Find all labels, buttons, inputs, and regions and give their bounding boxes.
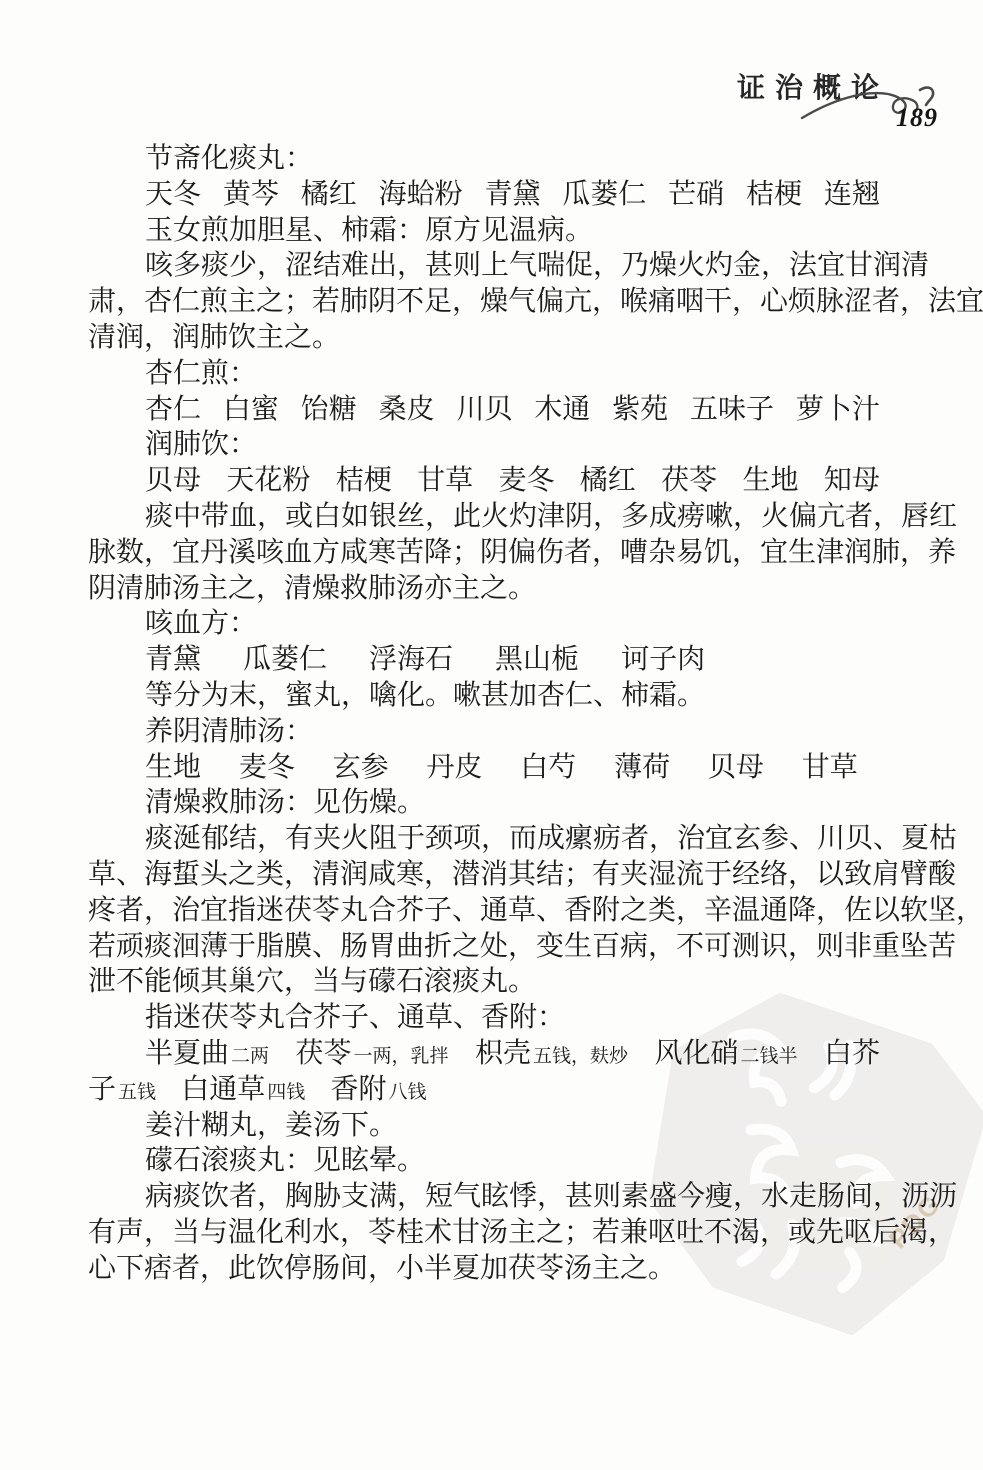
- dose-annotation: 一两，乳拌: [354, 1046, 449, 1067]
- drug-name: 橘红: [580, 463, 636, 499]
- text-line: 疼者，治宜指迷茯苓丸合芥子、通草、香附之类，辛温通降，佐以软坚，: [88, 893, 880, 929]
- formula-line: 贝母天花粉桔梗甘草麦冬橘红茯苓生地知母: [88, 463, 880, 499]
- drug-name: 贝母: [708, 750, 764, 786]
- drug-name: 玄参: [333, 750, 389, 786]
- text-line: 咳多痰少，涩结难出，甚则上气喘促，乃燥火灼金，法宜甘润清: [88, 248, 880, 284]
- text-line: 养阴清肺汤：: [88, 714, 880, 750]
- drug-name: 桔梗: [336, 463, 392, 499]
- drug-name: 丹皮: [426, 750, 482, 786]
- drug-name: 知母: [824, 463, 880, 499]
- drug-with-dose: 白通草四钱: [181, 1072, 305, 1111]
- drug-name: 半夏曲: [145, 1038, 229, 1069]
- text-line: 等分为末，蜜丸，噙化。嗽甚加杏仁、柿霜。: [88, 678, 880, 714]
- drug-name: 麦冬: [498, 463, 554, 499]
- drug-name: 薄荷: [614, 750, 670, 786]
- drug-name: 橘红: [301, 177, 357, 213]
- text-line: 姜汁糊丸，姜汤下。: [88, 1108, 880, 1144]
- text-line: 泄不能倾其巢穴，当与礞石滚痰丸。: [88, 964, 880, 1000]
- book-page: 证治概论 189 PDG 节斋化痰丸：天冬黄芩橘红海蛤粉青黛瓜蒌仁芒硝桔梗连翘玉…: [0, 0, 983, 1470]
- formula-line: 半夏曲二两茯苓一两，乳拌枳壳五钱，麸炒风化硝二钱半白芥: [88, 1036, 880, 1072]
- drug-name: 瓜蒌仁: [562, 177, 646, 213]
- drug-name: 枳壳: [475, 1038, 531, 1069]
- drug-name: 茯苓: [295, 1038, 351, 1069]
- drug-name: 生地: [145, 750, 201, 786]
- drug-name: 甘草: [802, 750, 858, 786]
- text-line: 玉女煎加胆星、柿霜：原方见温病。: [88, 213, 880, 249]
- text-line: 病痰饮者，胸胁支满，短气眩悸，甚则素盛今瘦，水走肠间，沥沥: [88, 1179, 880, 1215]
- drug-name: 萝卜汁: [796, 392, 880, 428]
- text-line: 心下痞者，此饮停肠间，小半夏加茯苓汤主之。: [88, 1251, 880, 1287]
- drug-name: 诃子肉: [621, 642, 705, 678]
- text-line: 阴清肺汤主之，清燥救肺汤亦主之。: [88, 571, 880, 607]
- text-line: 若顽痰洄薄于脂膜、肠胃曲折之处，变生百病，不可测识，则非重坠苦: [88, 929, 880, 965]
- drug-name: 连翘: [824, 177, 880, 213]
- drug-name: 饴糖: [301, 392, 357, 428]
- dose-annotation: 二两: [231, 1046, 269, 1067]
- drug-name: 白通草: [181, 1074, 265, 1105]
- drug-name: 杏仁: [145, 392, 201, 428]
- drug-name: 白芥: [824, 1038, 880, 1069]
- drug-with-dose: 子五钱: [88, 1072, 156, 1111]
- drug-name: 川贝: [456, 392, 512, 428]
- text-line: 有声，当与温化利水，苓桂术甘汤主之；若兼呕吐不渴，或先呕后渴，: [88, 1215, 880, 1251]
- drug-name: 生地: [743, 463, 799, 499]
- dose-annotation: 五钱，麸炒: [533, 1046, 628, 1067]
- text-line: 清润，润肺饮主之。: [88, 320, 880, 356]
- text-line: 肃，杏仁煎主之；若肺阴不足，燥气偏亢，喉痛咽干，心烦脉涩者，法宜: [88, 284, 880, 320]
- text-line: 节斋化痰丸：: [88, 141, 880, 177]
- text-line: 草、海蜇头之类，清润咸寒，潜消其结；有夹湿流于经络，以致肩臂酸: [88, 857, 880, 893]
- drug-name: 五味子: [690, 392, 774, 428]
- text-line: 礞石滚痰丸：见眩晕。: [88, 1143, 880, 1179]
- drug-with-dose: 茯苓一两，乳拌: [295, 1036, 448, 1075]
- drug-name: 白芍: [520, 750, 576, 786]
- drug-name: 甘草: [417, 463, 473, 499]
- text-line: 杏仁煎：: [88, 356, 880, 392]
- page-number: 189: [896, 103, 938, 133]
- text-line: 咳血方：: [88, 606, 880, 642]
- text-line: 指迷茯苓丸合芥子、通草、香附：: [88, 1000, 880, 1036]
- drug-name: 子: [88, 1074, 116, 1105]
- text-line: 痰涎郁结，有夹火阻于颈项，而成瘰疬者，治宜玄参、川贝、夏枯: [88, 821, 880, 857]
- drug-name: 贝母: [145, 463, 201, 499]
- dose-annotation: 四钱: [267, 1082, 305, 1103]
- drug-with-dose: 风化硝二钱半: [654, 1036, 797, 1075]
- drug-name: 桔梗: [746, 177, 802, 213]
- drug-name: 香附: [330, 1074, 386, 1105]
- formula-line: 天冬黄芩橘红海蛤粉青黛瓜蒌仁芒硝桔梗连翘: [88, 177, 880, 213]
- drug-with-dose: 枳壳五钱，麸炒: [475, 1036, 628, 1075]
- drug-name: 瓜蒌仁: [243, 642, 327, 678]
- drug-name: 麦冬: [239, 750, 295, 786]
- formula-line: 杏仁白蜜饴糖桑皮川贝木通紫苑五味子萝卜汁: [88, 392, 880, 428]
- text-line: 脉数，宜丹溪咳血方咸寒苦降；阴偏伤者，嘈杂易饥，宜生津润肺，养: [88, 535, 880, 571]
- drug-name: 天花粉: [226, 463, 310, 499]
- drug-name: 木通: [534, 392, 590, 428]
- drug-name: 浮海石: [369, 642, 453, 678]
- drug-name: 紫苑: [612, 392, 668, 428]
- drug-name: 黄芩: [223, 177, 279, 213]
- drug-with-dose: 半夏曲二两: [145, 1036, 269, 1075]
- formula-line: 生地麦冬玄参丹皮白芍薄荷贝母甘草: [88, 750, 880, 786]
- drug-name: 茯苓: [661, 463, 717, 499]
- drug-name: 天冬: [145, 177, 201, 213]
- dose-annotation: 五钱: [118, 1082, 156, 1103]
- text-line: 润肺饮：: [88, 427, 880, 463]
- drug-with-dose: 香附八钱: [330, 1072, 426, 1111]
- text-line: 清燥救肺汤：见伤燥。: [88, 785, 880, 821]
- drug-name: 黑山栀: [495, 642, 579, 678]
- drug-name: 芒硝: [668, 177, 724, 213]
- drug-name: 青黛: [484, 177, 540, 213]
- page-body: 节斋化痰丸：天冬黄芩橘红海蛤粉青黛瓜蒌仁芒硝桔梗连翘玉女煎加胆星、柿霜：原方见温…: [88, 141, 880, 1287]
- text-line: 痰中带血，或白如银丝，此火灼津阴，多成痨嗽，火偏亢者，唇红: [88, 499, 880, 535]
- dose-annotation: 八钱: [388, 1082, 426, 1103]
- dose-annotation: 二钱半: [740, 1046, 797, 1067]
- drug-name: 风化硝: [654, 1038, 738, 1069]
- drug-name: 桑皮: [379, 392, 435, 428]
- formula-line: 青黛瓜蒌仁浮海石黑山栀诃子肉: [88, 642, 880, 678]
- drug-name: 白蜜: [223, 392, 279, 428]
- drug-name: 海蛤粉: [379, 177, 463, 213]
- formula-line: 子五钱白通草四钱香附八钱: [88, 1072, 880, 1108]
- drug-with-dose: 白芥: [824, 1036, 880, 1072]
- drug-name: 青黛: [145, 642, 201, 678]
